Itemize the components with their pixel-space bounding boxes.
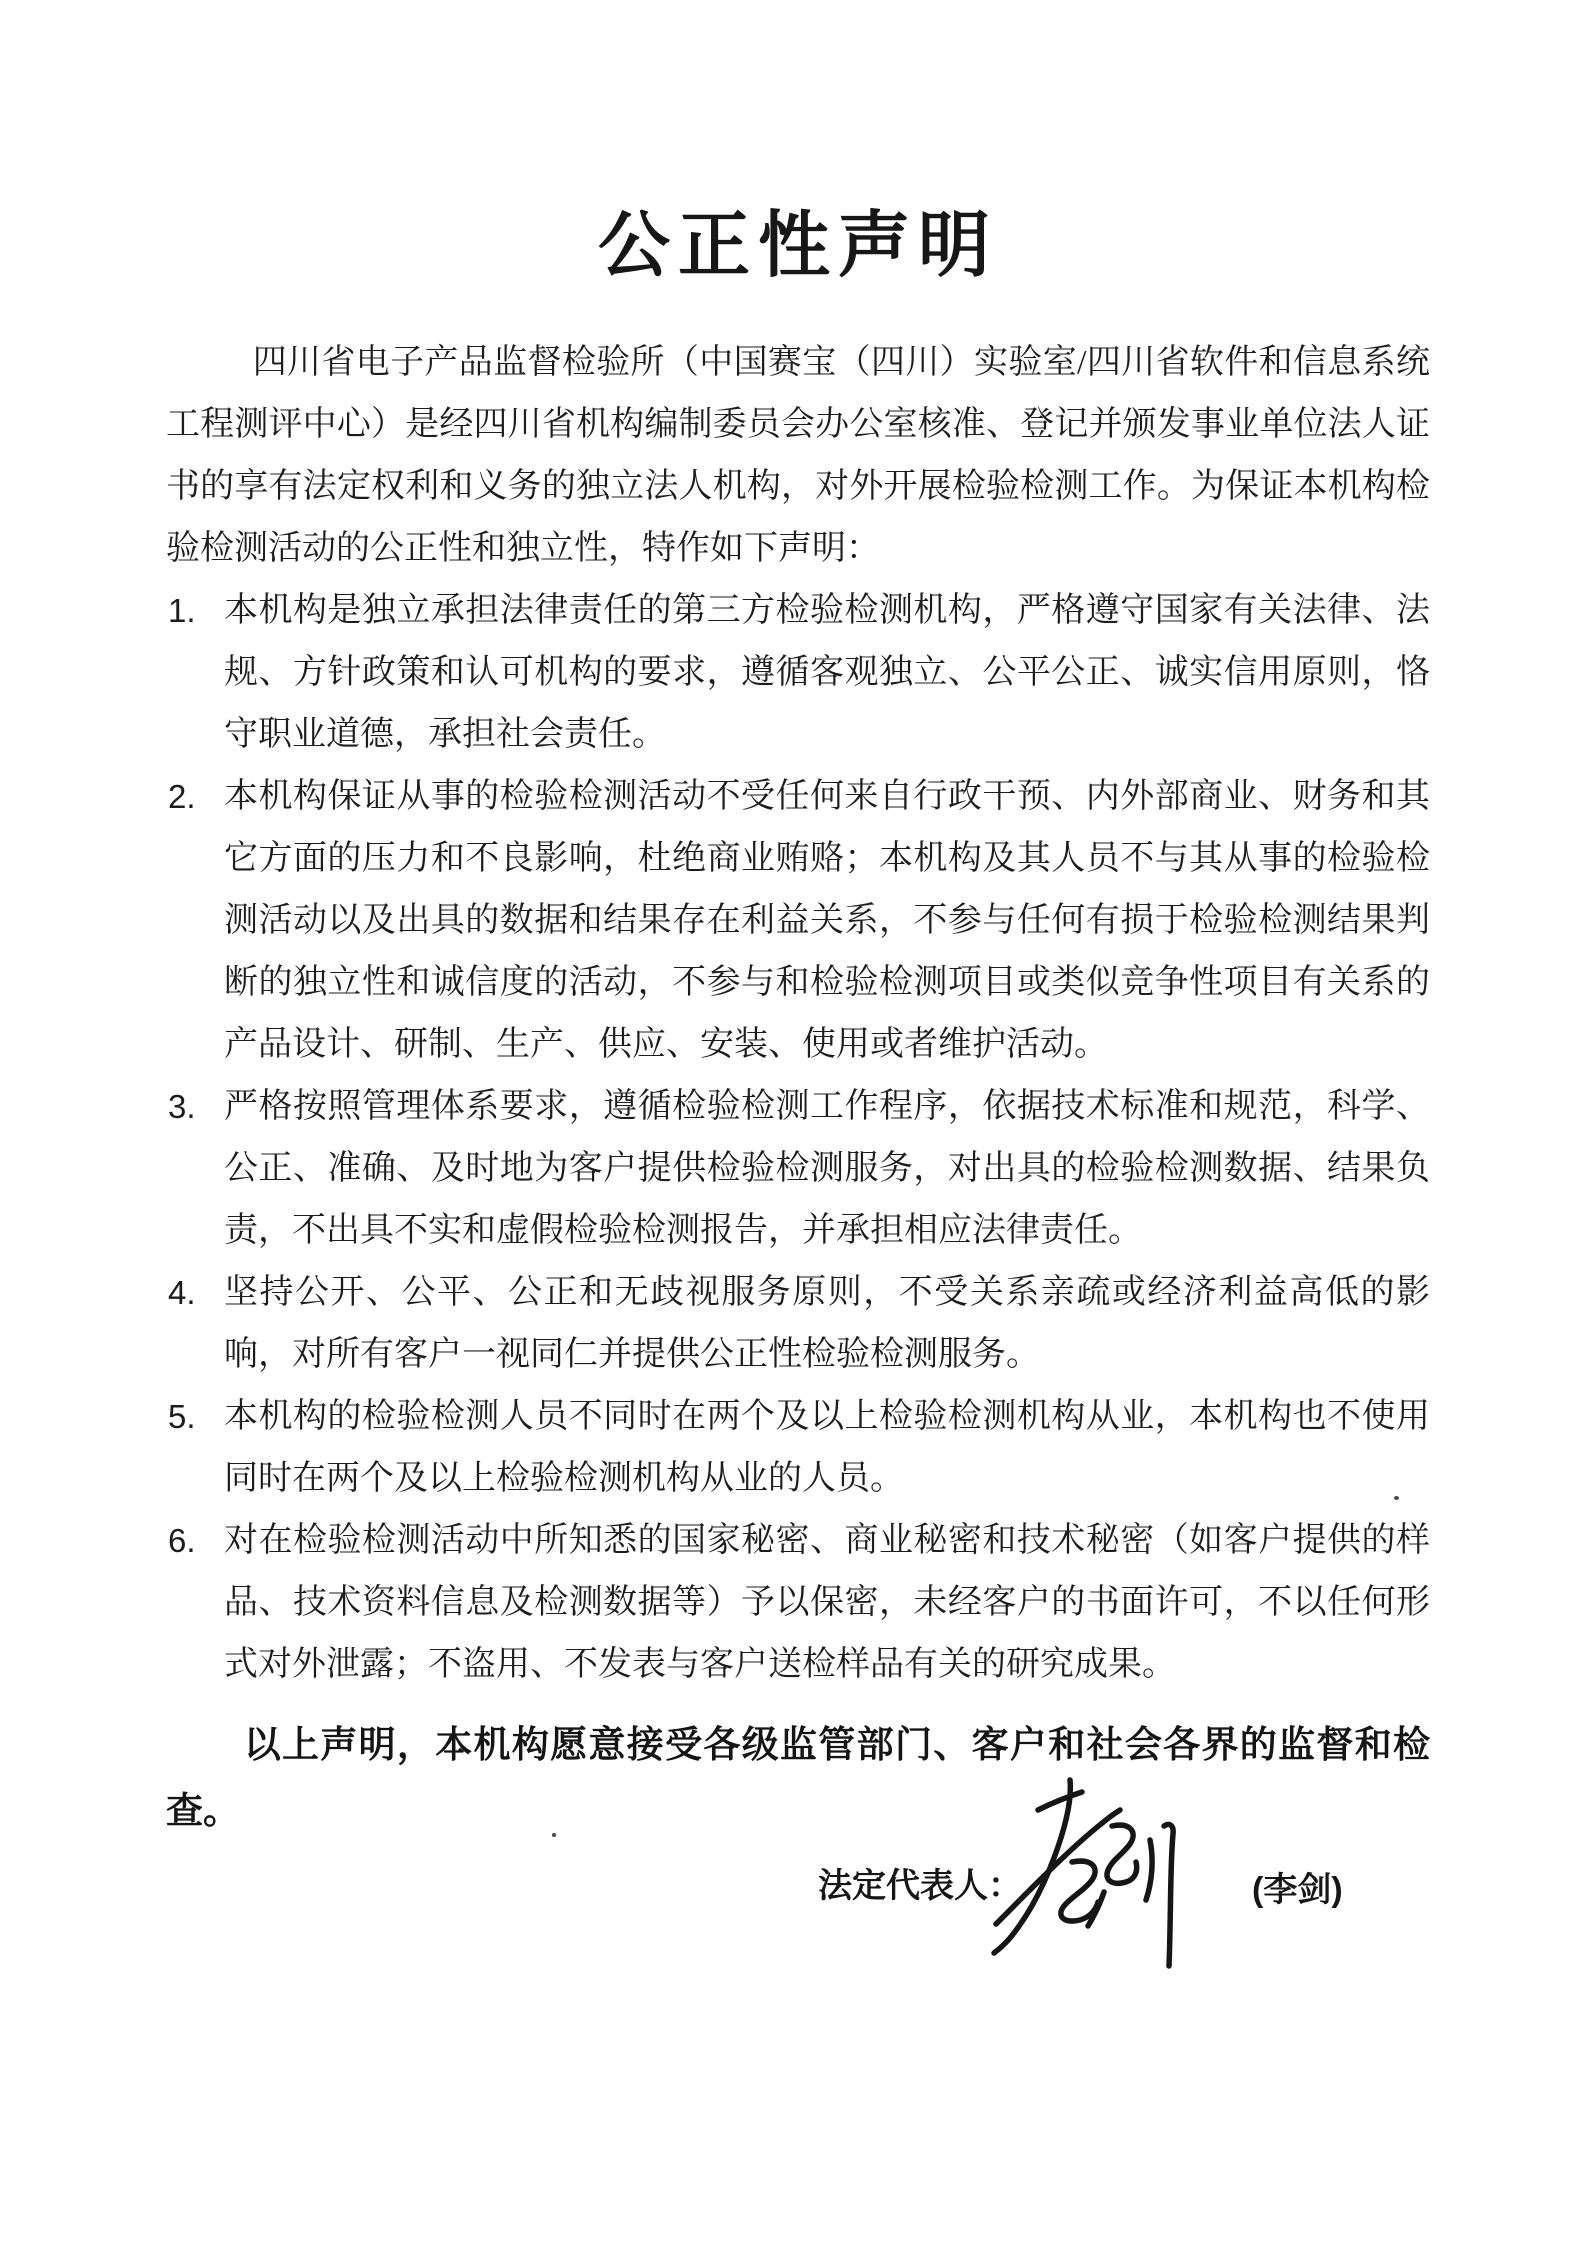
list-item-number: 6. xyxy=(168,1510,220,1572)
signature-block: 法定代表人： (李剑) xyxy=(166,1772,1430,1997)
list-item: 2. 本机构保证从事的检验检测活动不受任何来自行政干预、内外部商业、财务和其它方… xyxy=(166,766,1430,1076)
list-item: 3. 严格按照管理体系要求，遵循检验检测工作程序，依据技术标准和规范，科学、公正… xyxy=(166,1076,1430,1262)
list-item-number: 5. xyxy=(168,1386,220,1448)
printed-name: (李剑) xyxy=(1252,1862,1343,1911)
list-item-text: 本机构的检验检测人员不同时在两个及以上检验检测机构从业，本机构也不使用同时在两个… xyxy=(224,1398,1430,1497)
list-item: 6. 对在检验检测活动中所知悉的国家秘密、商业秘密和技术秘密（如客户提供的样品、… xyxy=(166,1510,1430,1696)
list-item-text: 本机构是独立承担法律责任的第三方检验检测机构，严格遵守国家有关法律、法规、方针政… xyxy=(224,592,1430,753)
list-item-number: 1. xyxy=(168,580,220,642)
list-item-number: 3. xyxy=(168,1076,220,1138)
scanned-document-page: 公正性声明 四川省电子产品监督检验所（中国赛宝（四川）实验室/四川省软件和信息系… xyxy=(0,0,1588,2245)
document-content: 公正性声明 四川省电子产品监督检验所（中国赛宝（四川）实验室/四川省软件和信息系… xyxy=(166,0,1430,1997)
scan-speck xyxy=(1394,1496,1399,1500)
list-item-number: 4. xyxy=(168,1262,220,1324)
intro-paragraph: 四川省电子产品监督检验所（中国赛宝（四川）实验室/四川省软件和信息系统工程测评中… xyxy=(166,332,1430,580)
scan-speck xyxy=(552,1833,556,1837)
list-item-text: 坚持公开、公平、公正和无歧视服务原则，不受关系亲疏或经济利益高低的影响，对所有客… xyxy=(224,1274,1430,1373)
list-item: 1. 本机构是独立承担法律责任的第三方检验检测机构，严格遵守国家有关法律、法规、… xyxy=(166,580,1430,766)
handwritten-signature xyxy=(984,1774,1199,1984)
page-title: 公正性声明 xyxy=(166,198,1430,294)
list-item: 4. 坚持公开、公平、公正和无歧视服务原则，不受关系亲疏或经济利益高低的影响，对… xyxy=(166,1262,1430,1386)
list-item-text: 严格按照管理体系要求，遵循检验检测工作程序，依据技术标准和规范，科学、公正、准确… xyxy=(224,1088,1430,1249)
statement-list: 1. 本机构是独立承担法律责任的第三方检验检测机构，严格遵守国家有关法律、法规、… xyxy=(166,580,1430,1696)
list-item-number: 2. xyxy=(168,766,220,828)
list-item-text: 本机构保证从事的检验检测活动不受任何来自行政干预、内外部商业、财务和其它方面的压… xyxy=(224,778,1430,1063)
list-item-text: 对在检验检测活动中所知悉的国家秘密、商业秘密和技术秘密（如客户提供的样品、技术资… xyxy=(224,1522,1430,1683)
list-item: 5. 本机构的检验检测人员不同时在两个及以上检验检测机构从业，本机构也不使用同时… xyxy=(166,1386,1430,1510)
